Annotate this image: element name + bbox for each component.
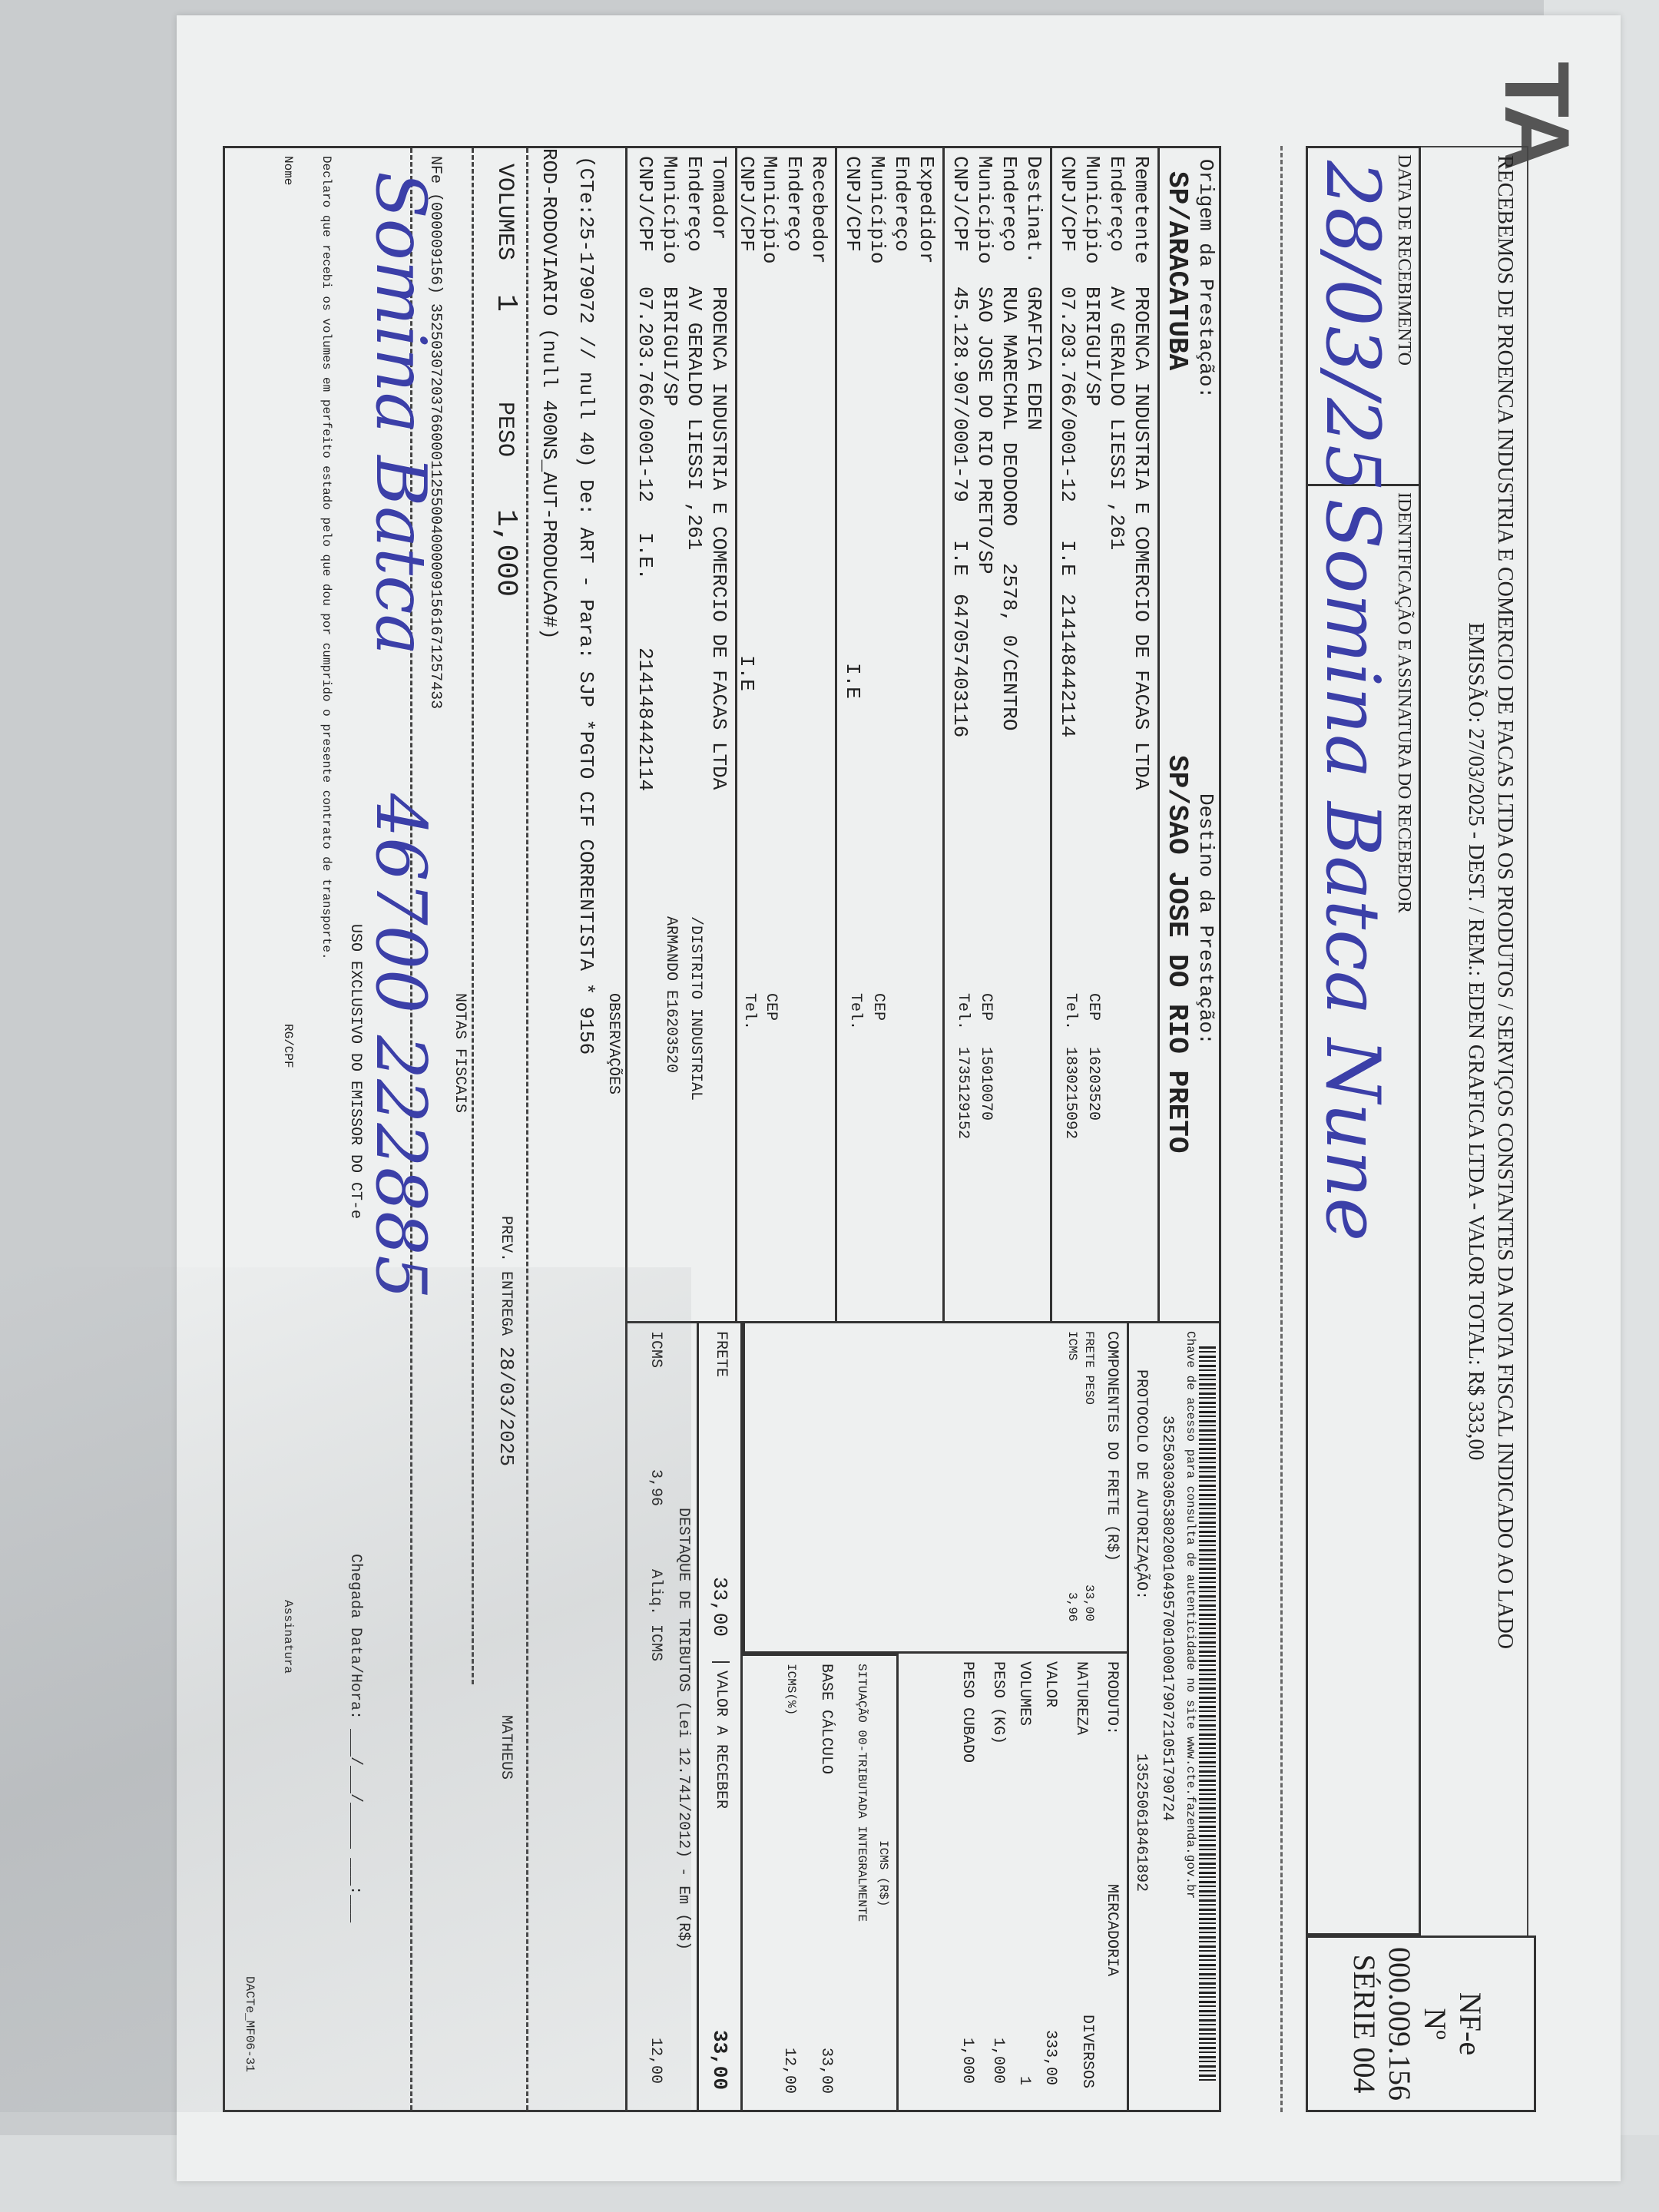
paper: TA RECEBEMOS DE PROENCA INDUSTRIA E COME…: [177, 15, 1621, 2181]
rg-cpf-field[interactable]: RG/CPF: [281, 1024, 295, 1068]
dacte-main: Origem da Prestação: SP/ARACATUBA Destin…: [223, 146, 1221, 2112]
amount-to-receive: 33,00: [708, 2030, 731, 2090]
protocol-value: 135250618461892: [1132, 1753, 1150, 1892]
name-field[interactable]: Nome: [281, 156, 295, 185]
cargo-info: PRODUTO: MERCADORIA NATUREZA DIVERSOS VA…: [896, 1654, 1127, 2110]
receipt-stub: TA RECEBEMOS DE PROENCA INDUSTRIA E COME…: [1237, 146, 1536, 2112]
sender-section: Remetente PROENCA INDUSTRIA E COMERCIO D…: [1050, 148, 1157, 1321]
driver-name: MATHEUS: [497, 1715, 515, 1780]
observations-section: OBSERVAÇÕES (CTe:25-179072 // null 40) D…: [474, 148, 628, 2110]
totals-row: FRETE 33,00 VALOR A RECEBER 33,00: [697, 1323, 743, 2110]
fiscal-block: Chave de acesso para consulta de autenti…: [628, 1323, 1219, 2110]
icms-section: ICMS (R$) SITUAÇÃO 00-TRIBUTADA INTEGRAL…: [743, 1654, 896, 2110]
destination-value: SP/SAO JOSE DO RIO PRETO: [1161, 755, 1193, 1153]
handwritten-receiver-name: Somina Batca: [360, 171, 441, 655]
handwritten-signature: Somina Batca Nune: [1310, 498, 1396, 1241]
nfe-number-box: NF-e Nº 000.009.156 SÉRIE 004: [1306, 1936, 1536, 2112]
recipient-section: Destinat. GRAFICA EDEN Endereço RUA MARE…: [942, 148, 1050, 1321]
shipper-section: Expedidor Endereço Município CNPJ/CPF I.…: [835, 148, 942, 1321]
handwritten-date: 28/03/25: [1310, 161, 1396, 492]
payer-section: Tomador PROENCA INDUSTRIA E COMERCIO DE …: [630, 148, 735, 1321]
observations-line: ROD-RODOVIARIO (null 400NS_AUT-PRODUCAO#…: [538, 148, 561, 640]
cut-line: [1280, 146, 1283, 2112]
barcode: [1199, 1346, 1216, 2084]
receipt-date-field[interactable]: DATA DE RECEBIMENTO 28/03/25: [1308, 148, 1419, 486]
parties-block: Origem da Prestação: SP/ARACATUBA Destin…: [628, 148, 1219, 1323]
company-logo: TA: [1475, 61, 1590, 131]
form-code: DACTe_MF06-31: [243, 1976, 257, 2072]
delivery-receipt: Somina Batca 46700 222885 USO EXCLUSIVO …: [225, 148, 412, 2110]
dacte-document: TA RECEBEMOS DE PROENCA INDUSTRIA E COME…: [177, 15, 1621, 2181]
prestacao-header: Origem da Prestação: SP/ARACATUBA Destin…: [1157, 148, 1219, 1321]
freight-components: COMPONENTES DO FRETE (R$) FRETE PESO 33,…: [942, 1323, 1127, 1654]
sender-name: PROENCA INDUSTRIA E COMERCIO DE FACAS LT…: [1130, 286, 1153, 790]
observations-line: (CTe:25-179072 // null 40) De: ART - Par…: [575, 156, 598, 1055]
access-key-value: 3525030305380200104957001000179072105179…: [1158, 1416, 1176, 1821]
delivery-date: 28/03/2025: [495, 1346, 518, 1466]
signature-field[interactable]: Assinatura: [281, 1600, 295, 1674]
receipt-statement: RECEBEMOS DE PROENCA INDUSTRIA E COMERCI…: [1413, 146, 1528, 1936]
receiver-section: Recebedor Endereço Município CNPJ/CPF I.…: [735, 148, 835, 1321]
arrival-datetime-field[interactable]: Chegada Data/Hora: ___/___/_____ ___:___: [346, 1554, 364, 1922]
origin-value: SP/ARACATUBA: [1161, 171, 1193, 370]
taxes-section: DESTAQUE DE TRIBUTOS (Lei 12.741/2012) -…: [628, 1323, 697, 2110]
handwritten-document-number: 46700 222885: [360, 793, 441, 1299]
receiver-signature-field[interactable]: IDENTIFICAÇÃO E ASSINATURA DO RECEBEDOR …: [1308, 486, 1419, 1933]
access-key-section: Chave de acesso para consulta de autenti…: [1127, 1323, 1219, 2110]
receipt-fields: DATA DE RECEBIMENTO 28/03/25 IDENTIFICAÇ…: [1306, 146, 1421, 1936]
blank-area: [743, 1323, 942, 1654]
recipient-name: GRAFICA EDEN: [1022, 286, 1045, 430]
payer-name: PROENCA INDUSTRIA E COMERCIO DE FACAS LT…: [707, 286, 730, 790]
